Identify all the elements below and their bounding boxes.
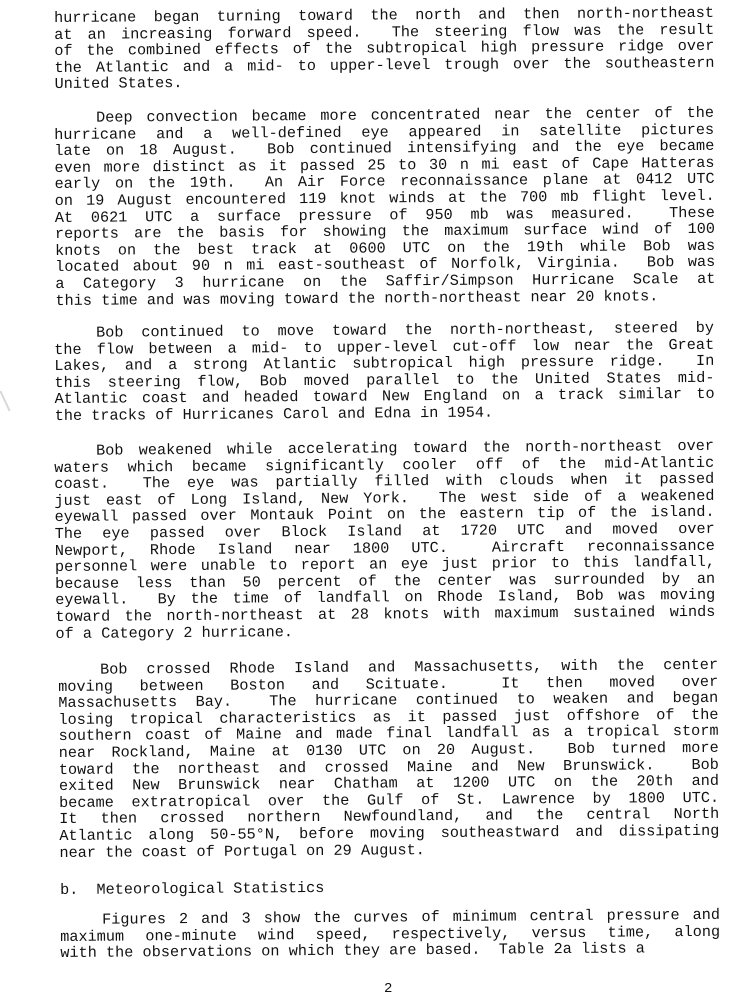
paragraph-intensification: Deep convection became more concentrated… bbox=[54, 105, 716, 309]
text-line: with the observations on which they are … bbox=[60, 940, 720, 962]
text-line: of a Category 2 hurricane. bbox=[55, 620, 715, 642]
paragraph-weakening-landfall: Bob weakened while accelerating toward t… bbox=[54, 438, 716, 642]
paragraph-steering-flow: Bob continued to move toward the north-n… bbox=[54, 320, 715, 425]
text-line: near the coast of Portugal on 29 August. bbox=[59, 839, 719, 861]
text-line: the tracks of Hurricanes Carol and Edna … bbox=[55, 403, 715, 425]
paragraph-extratropical-transition: Bob crossed Rhode Island and Massachuset… bbox=[58, 657, 720, 861]
section-heading-text: b. Meteorological Statistics bbox=[60, 877, 720, 899]
page-number: 2 bbox=[384, 981, 392, 997]
text-line: this time and was moving toward the nort… bbox=[55, 287, 715, 309]
paragraph-track-turn: hurricane began turning toward the north… bbox=[54, 5, 715, 93]
section-heading: b. Meteorological Statistics bbox=[60, 877, 720, 899]
text-line: United States. bbox=[55, 71, 715, 93]
document-page: hurricane began turning toward the north… bbox=[0, 0, 741, 1000]
paragraph-meteorological-statistics: Figures 2 and 3 show the curves of minim… bbox=[60, 907, 720, 962]
scan-artifact bbox=[0, 391, 11, 412]
